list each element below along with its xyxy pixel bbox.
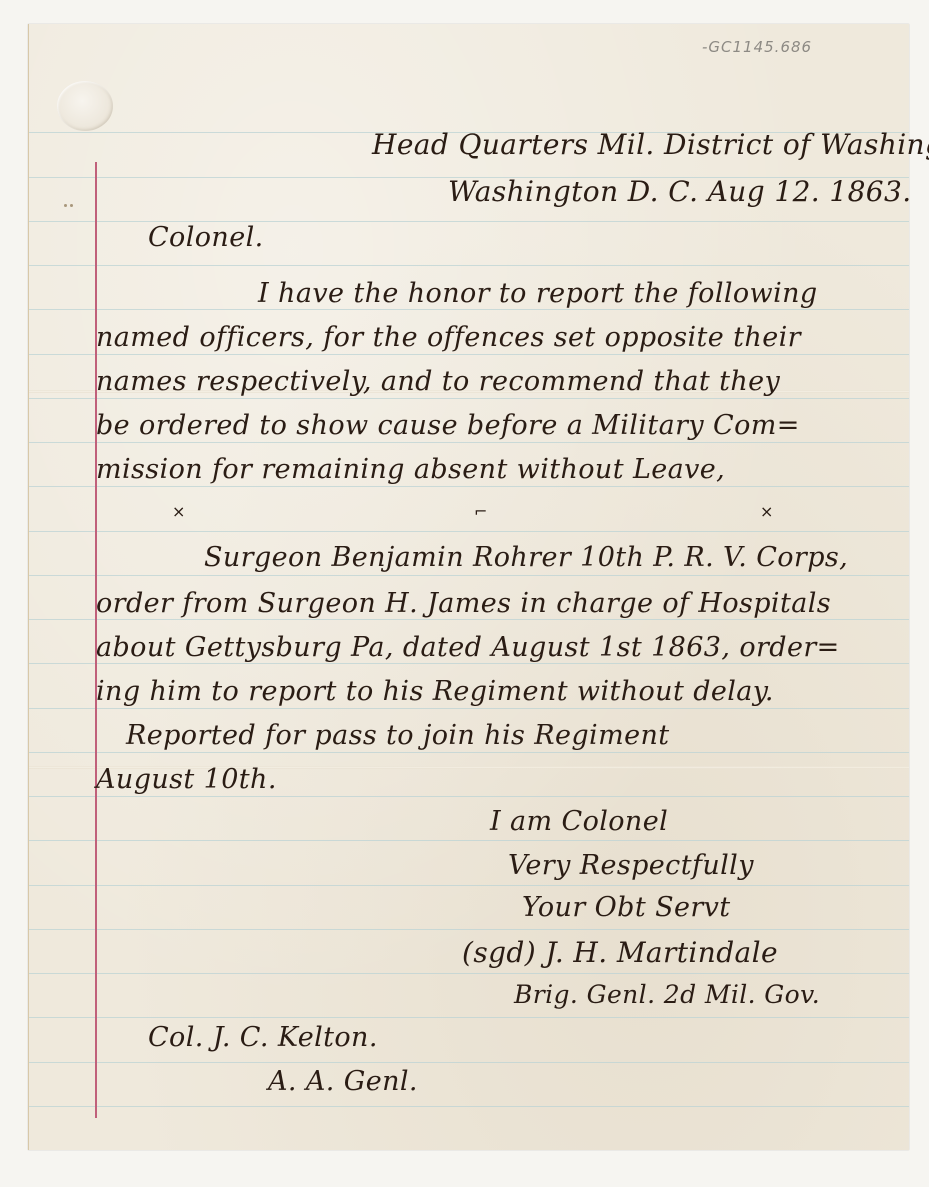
ruled-line [29, 796, 909, 797]
ruled-line [29, 486, 909, 487]
body-line: mission for remaining absent without Lea… [96, 454, 725, 485]
report-line: about Gettysburg Pa, dated August 1st 18… [96, 632, 840, 663]
ruled-line [29, 840, 909, 841]
separator-mark: ⌐ [474, 502, 487, 521]
letterhead-line-1: Head Quarters Mil. District of Washingto… [372, 128, 929, 161]
ruled-line [29, 619, 909, 620]
body-line: names respectively, and to recommend tha… [96, 366, 780, 397]
body-line: I have the honor to report the following [258, 278, 818, 309]
signature: (sgd) J. H. Martindale [462, 936, 778, 969]
paper-spot [70, 204, 73, 207]
report-line: Reported for pass to join his Regiment [126, 720, 670, 751]
embossed-seal-icon [57, 81, 113, 131]
separator-mark: × [760, 502, 773, 521]
ruled-line [29, 309, 909, 310]
ruled-line [29, 531, 909, 532]
signatory-title: Brig. Genl. 2d Mil. Gov. [514, 980, 820, 1009]
ruled-line [29, 1062, 909, 1063]
ruled-line [29, 265, 909, 266]
archive-catalog-mark: -GC1145.686 [702, 38, 812, 56]
closing-line: Your Obt Servt [522, 892, 731, 923]
ruled-line [29, 1106, 909, 1107]
addressee-title: A. A. Genl. [268, 1066, 418, 1097]
salutation: Colonel. [148, 222, 264, 253]
closing-line: I am Colonel [490, 806, 668, 837]
ruled-line [29, 398, 909, 399]
ruled-line [29, 752, 909, 753]
ruled-line [29, 708, 909, 709]
closing-line: Very Respectfully [508, 850, 754, 881]
ruled-line [29, 973, 909, 974]
body-line: be ordered to show cause before a Milita… [96, 410, 800, 441]
ruled-line [29, 354, 909, 355]
paper-spot [64, 204, 67, 207]
report-line: Surgeon Benjamin Rohrer 10th P. R. V. Co… [204, 542, 848, 573]
body-line: named officers, for the offences set opp… [96, 322, 801, 353]
ruled-line [29, 442, 909, 443]
ruled-line [29, 575, 909, 576]
ruled-line [29, 1017, 909, 1018]
separator-mark: × [172, 502, 185, 521]
letterhead-line-2: Washington D. C. Aug 12. 1863. [448, 175, 912, 208]
report-line: order from Surgeon H. James in charge of… [96, 588, 831, 619]
ruled-line [29, 663, 909, 664]
report-line: ing him to report to his Regiment withou… [96, 676, 774, 707]
addressee-name: Col. J. C. Kelton. [148, 1022, 378, 1053]
ruled-line [29, 929, 909, 930]
ruled-line [29, 885, 909, 886]
report-line: August 10th. [96, 764, 277, 795]
